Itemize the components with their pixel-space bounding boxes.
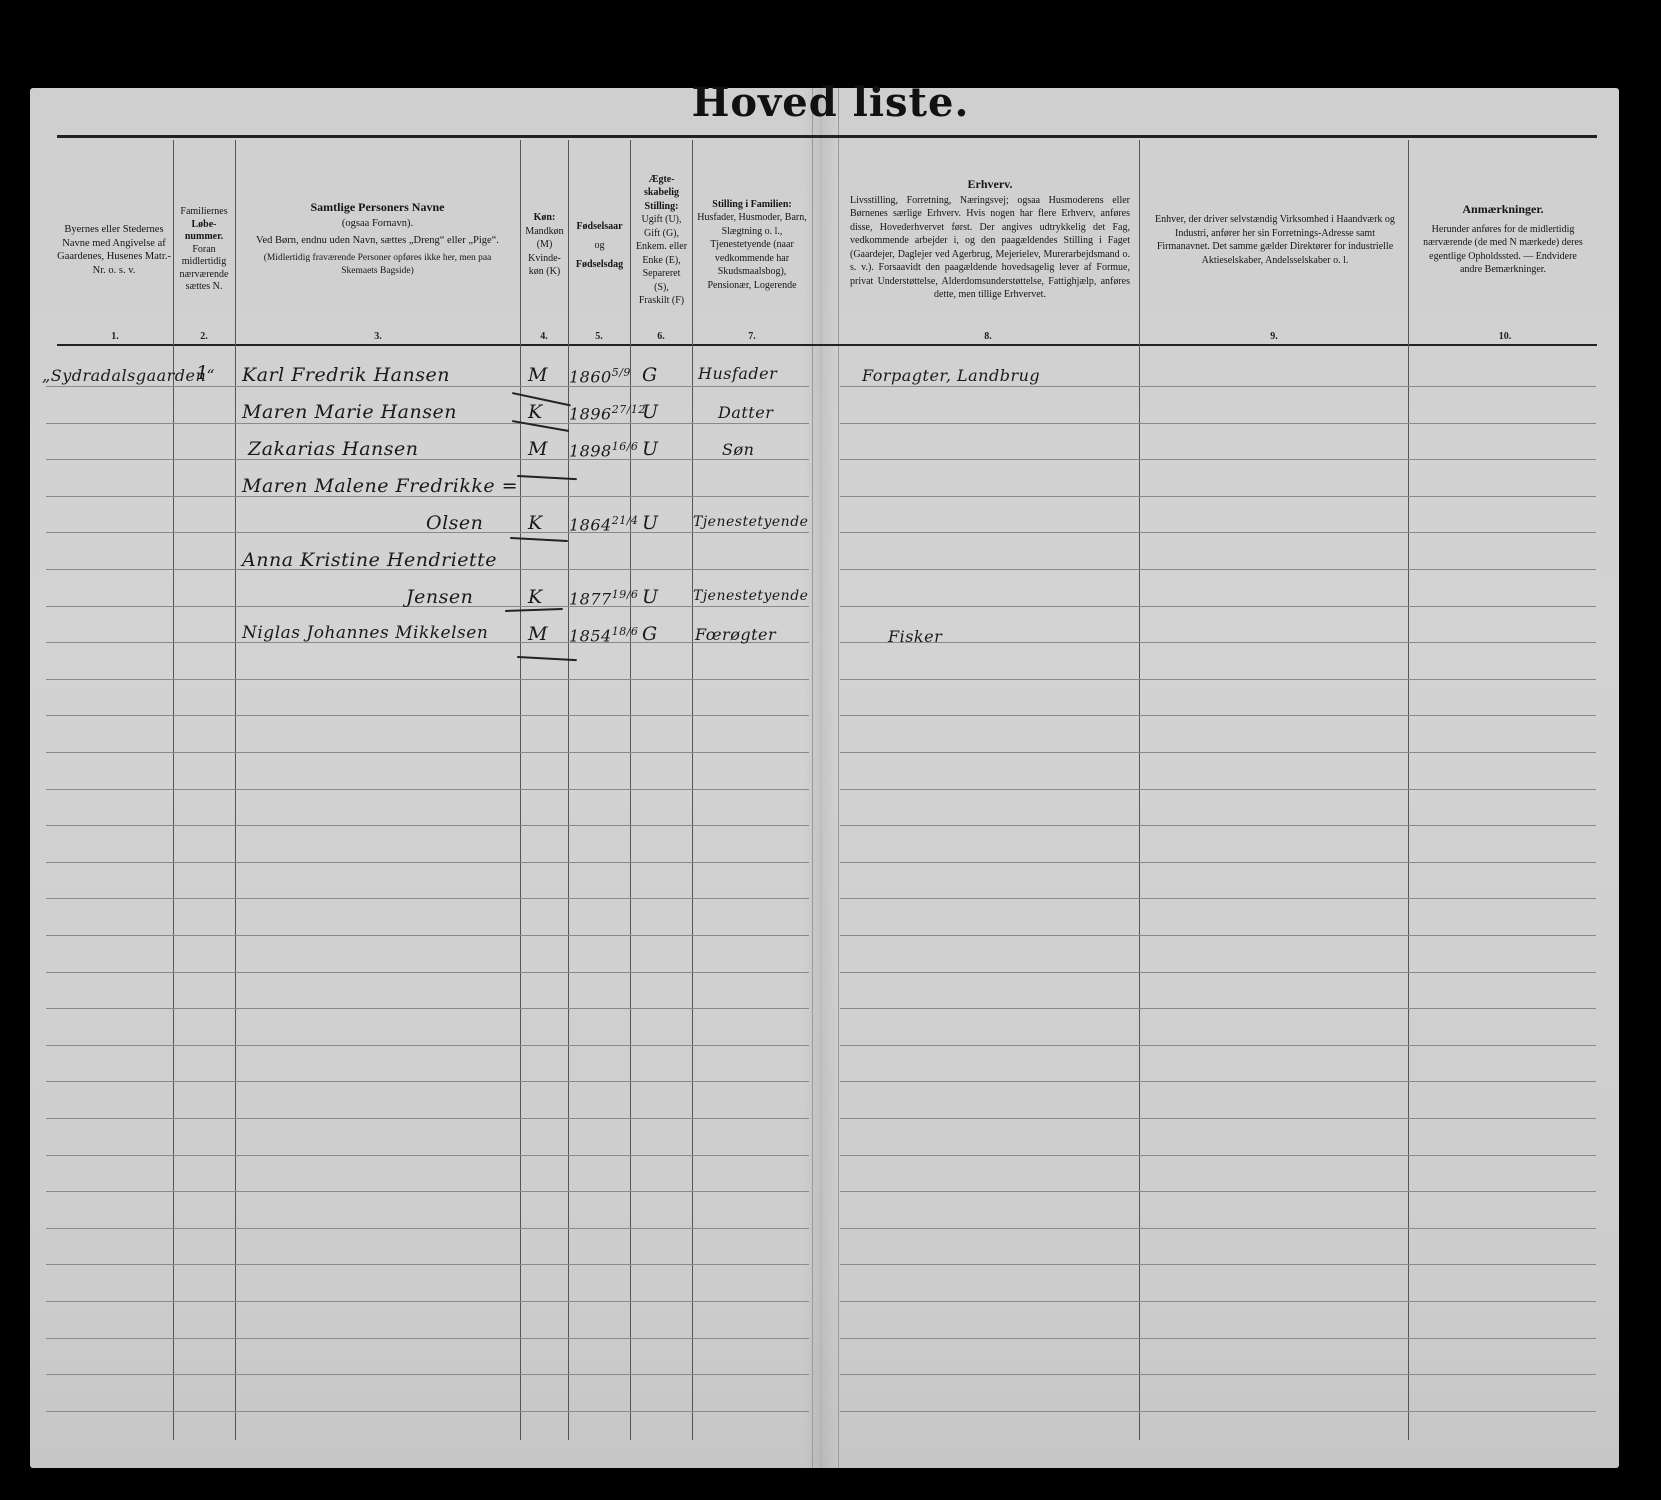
col-divider-8 — [1139, 140, 1140, 1440]
header-col-6-line: Ugift (U), — [642, 213, 682, 227]
row-rule — [840, 862, 1596, 863]
row-rule — [46, 898, 809, 899]
row-rule — [46, 935, 809, 936]
row-rule — [46, 1264, 809, 1265]
header-col-3-title: Samtlige Personers Navne — [311, 201, 445, 215]
entry-name: Maren Marie Hansen — [242, 401, 457, 423]
entry-sex: M — [528, 364, 548, 386]
header-col-9-body: Enhver, der driver selvstændig Virksomhe… — [1150, 213, 1400, 267]
header-col-2-line: sættes N. — [186, 281, 223, 294]
row-rule — [46, 1411, 809, 1412]
entry-marital: U — [642, 512, 659, 534]
col-divider-9 — [1408, 140, 1409, 1440]
row-rule — [46, 459, 809, 460]
entry-marital: U — [642, 586, 659, 608]
row-rule — [840, 1081, 1596, 1082]
header-col-4-line: Kvinde- — [528, 252, 561, 266]
header-col-2-line: Løbe- — [192, 219, 217, 232]
entry-birth-date: 19/6 — [612, 588, 639, 601]
header-col-8-title: Erhverv. — [968, 178, 1013, 192]
header-col-1-text: Byernes eller Stedernes Navne med Angive… — [57, 223, 171, 277]
row-rule — [46, 715, 809, 716]
entry-family-position: Datter — [718, 403, 773, 422]
entry-birth: 189816/6 — [569, 440, 638, 460]
entry-birth: 186421/4 — [569, 514, 638, 534]
header-col-1: Byernes eller Stedernes Navne med Angive… — [57, 200, 171, 300]
row-rule — [840, 679, 1596, 680]
entry-name: Niglas Johannes Mikkelsen — [242, 623, 488, 643]
header-col-6-line: Enke (E), — [642, 254, 680, 268]
row-rule — [840, 1374, 1596, 1375]
entry-marital: G — [642, 364, 658, 386]
gutter-line-right — [838, 88, 839, 1468]
entry-name: Zakarias Hansen — [248, 438, 419, 460]
header-col-7: Stilling i Familien: Husfader, Husmoder,… — [695, 185, 809, 305]
col-number-5: 5. — [584, 331, 614, 342]
entry-birth-date: 21/4 — [612, 514, 639, 527]
header-col-10-title: Anmærkninger. — [1462, 203, 1543, 217]
row-rule — [46, 1374, 809, 1375]
row-rule — [840, 1155, 1596, 1156]
header-col-4-line: køn (K) — [529, 265, 560, 279]
entry-birth: 18605/9 — [569, 366, 631, 386]
row-rule — [840, 459, 1596, 460]
row-rule — [840, 898, 1596, 899]
row-rule — [46, 862, 809, 863]
row-rule — [840, 496, 1596, 497]
row-rule — [46, 1155, 809, 1156]
col-number-9: 9. — [1259, 331, 1289, 342]
entry-name: Maren Malene Fredrikke = — [242, 475, 518, 497]
header-col-3: Samtlige Personers Navne (ogsaa Fornavn)… — [250, 180, 505, 300]
row-rule — [840, 1411, 1596, 1412]
entry-sex: K — [528, 586, 543, 608]
col-number-10: 10. — [1490, 331, 1520, 342]
header-col-2-line: midlertidig — [182, 256, 226, 269]
row-rule — [840, 1228, 1596, 1229]
header-col-3-note: (Midlertidig fraværende Personer opføres… — [250, 252, 505, 279]
header-col-8: Erhverv. Livsstilling, Forretning, Nærin… — [850, 155, 1130, 325]
entry-birth-year: 1898 — [569, 441, 612, 460]
row-rule — [840, 532, 1596, 533]
row-rule — [840, 789, 1596, 790]
row-rule — [840, 1045, 1596, 1046]
entry-birth: 187719/6 — [569, 588, 638, 608]
entry-family-position: Tjenestetyende — [693, 588, 808, 604]
header-col-2-line: nærværende — [180, 269, 229, 282]
entry-family-position: Husfader — [698, 364, 777, 383]
header-col-7-body: Husfader, Husmoder, Barn, Slægtning o. l… — [695, 211, 809, 292]
entry-name: Anna Kristine Hendriette — [242, 549, 497, 571]
entry-name-continued: Olsen — [426, 512, 483, 534]
row-rule — [840, 1118, 1596, 1119]
entry-birth-year: 1864 — [569, 515, 612, 534]
row-rule — [46, 1338, 809, 1339]
row-rule — [840, 1264, 1596, 1265]
row-rule — [46, 972, 809, 973]
entry-family-position: Søn — [722, 440, 754, 459]
row-rule — [46, 1301, 809, 1302]
header-col-9: Enhver, der driver selvstændig Virksomhe… — [1150, 200, 1400, 280]
header-col-4-line: (M) — [537, 238, 553, 252]
row-rule — [46, 1081, 809, 1082]
entry-birth-year: 1877 — [569, 589, 612, 608]
row-rule — [46, 1008, 809, 1009]
row-rule — [46, 1191, 809, 1192]
col-divider-3 — [520, 140, 521, 1440]
header-col-5-line: og — [595, 236, 605, 255]
header-col-4-title: Køn: — [534, 211, 556, 225]
header-col-6-line: Gift (G), — [644, 227, 679, 241]
header-col-2-line: nummer. — [185, 231, 223, 244]
row-rule — [46, 1228, 809, 1229]
header-col-2-line: Foran — [192, 244, 215, 257]
entry-marital: U — [642, 401, 659, 423]
header-top-rule — [57, 135, 1597, 138]
header-col-3-line2: Ved Børn, endnu uden Navn, sættes „Dreng… — [256, 234, 499, 248]
row-rule — [46, 386, 809, 387]
col-divider-1 — [173, 140, 174, 1440]
header-col-10: Anmærkninger. Herunder anføres for de mi… — [1418, 185, 1588, 295]
col-number-7: 7. — [737, 331, 767, 342]
header-col-5: Fødselsaar og Fødselsdag — [569, 210, 630, 280]
header-col-6-line: (S), — [654, 281, 669, 295]
row-rule — [840, 642, 1596, 643]
entry-marital: G — [642, 623, 658, 645]
row-rule — [46, 789, 809, 790]
row-rule — [46, 752, 809, 753]
entry-name: Karl Fredrik Hansen — [242, 364, 450, 386]
row-rule — [840, 752, 1596, 753]
entry-place: „Sydradalsgaarden“ — [42, 366, 215, 385]
row-rule — [840, 1301, 1596, 1302]
header-col-4-line: Mandkøn — [525, 225, 563, 239]
entry-sex: M — [528, 623, 548, 645]
row-rule — [840, 1191, 1596, 1192]
row-rule — [840, 569, 1596, 570]
header-col-8-body: Livsstilling, Forretning, Næringsvej; og… — [850, 194, 1130, 302]
gutter-line-left — [812, 88, 813, 1468]
col-number-3: 3. — [363, 331, 393, 342]
col-divider-6 — [692, 140, 693, 1440]
header-col-6: Ægte-skabelig Stilling: Ugift (U), Gift … — [631, 165, 692, 315]
col-divider-5 — [630, 140, 631, 1440]
header-col-4: Køn: Mandkøn (M) Kvinde- køn (K) — [521, 200, 568, 290]
entry-birth-date: 16/6 — [612, 440, 639, 453]
col-number-2: 2. — [189, 331, 219, 342]
row-rule — [840, 1338, 1596, 1339]
col-number-1: 1. — [100, 331, 130, 342]
header-bottom-rule — [57, 344, 1597, 346]
entry-birth-year: 1896 — [569, 404, 612, 423]
header-col-6-line: Fraskilt (F) — [639, 294, 684, 308]
header-col-2-line: Familiernes — [180, 206, 227, 219]
page-title: Hoved liste. — [0, 79, 1661, 126]
row-rule — [840, 606, 1596, 607]
entry-birth: 185418/6 — [569, 625, 638, 645]
row-rule — [840, 1008, 1596, 1009]
header-col-5-line: Fødselsaar — [576, 217, 622, 236]
row-rule — [46, 679, 809, 680]
header-col-3-sub: (ogsaa Fornavn). — [342, 217, 413, 231]
header-col-7-title: Stilling i Familien: — [712, 198, 791, 212]
row-rule — [840, 423, 1596, 424]
header-col-2: Familiernes Løbe- nummer. Foran midlerti… — [175, 185, 233, 315]
row-rule — [46, 825, 809, 826]
header-col-10-body: Herunder anføres for de midlertidig nærv… — [1418, 223, 1588, 277]
header-col-6-title: Ægte-skabelig Stilling: — [631, 173, 692, 214]
col-number-4: 4. — [529, 331, 559, 342]
row-rule — [840, 972, 1596, 973]
row-rule — [840, 825, 1596, 826]
row-rule — [840, 715, 1596, 716]
header-col-5-line: Fødselsdag — [576, 255, 623, 274]
entry-occupation: Fisker — [888, 627, 942, 646]
entry-family-position: Fœrøgter — [695, 625, 776, 644]
row-rule — [46, 423, 809, 424]
header-col-6-line: Enkem. eller — [636, 240, 687, 254]
col-divider-2 — [235, 140, 236, 1440]
entry-birth-date: 18/6 — [612, 625, 639, 638]
col-number-6: 6. — [646, 331, 676, 342]
entry-family-position: Tjenestetyende — [693, 514, 808, 530]
entry-birth-date: 27/12 — [612, 403, 646, 416]
entry-marital: U — [642, 438, 659, 460]
entry-sex: K — [528, 512, 543, 534]
row-rule — [840, 386, 1596, 387]
entry-name-continued: Jensen — [406, 586, 473, 608]
col-number-8: 8. — [973, 331, 1003, 342]
entry-sex: K — [528, 401, 543, 423]
entry-occupation: Forpagter, Landbrug — [862, 366, 1040, 385]
entry-birth: 189627/12 — [569, 403, 646, 423]
entry-birth-year: 1854 — [569, 626, 612, 645]
entry-birth-year: 1860 — [569, 367, 612, 386]
col-divider-4 — [568, 140, 569, 1440]
row-rule — [46, 1118, 809, 1119]
entry-birth-date: 5/9 — [612, 366, 631, 379]
entry-family-number: 1 — [196, 362, 209, 384]
entry-sex: M — [528, 438, 548, 460]
row-rule — [840, 935, 1596, 936]
row-rule — [46, 1045, 809, 1046]
header-col-6-line: Separeret — [643, 267, 681, 281]
